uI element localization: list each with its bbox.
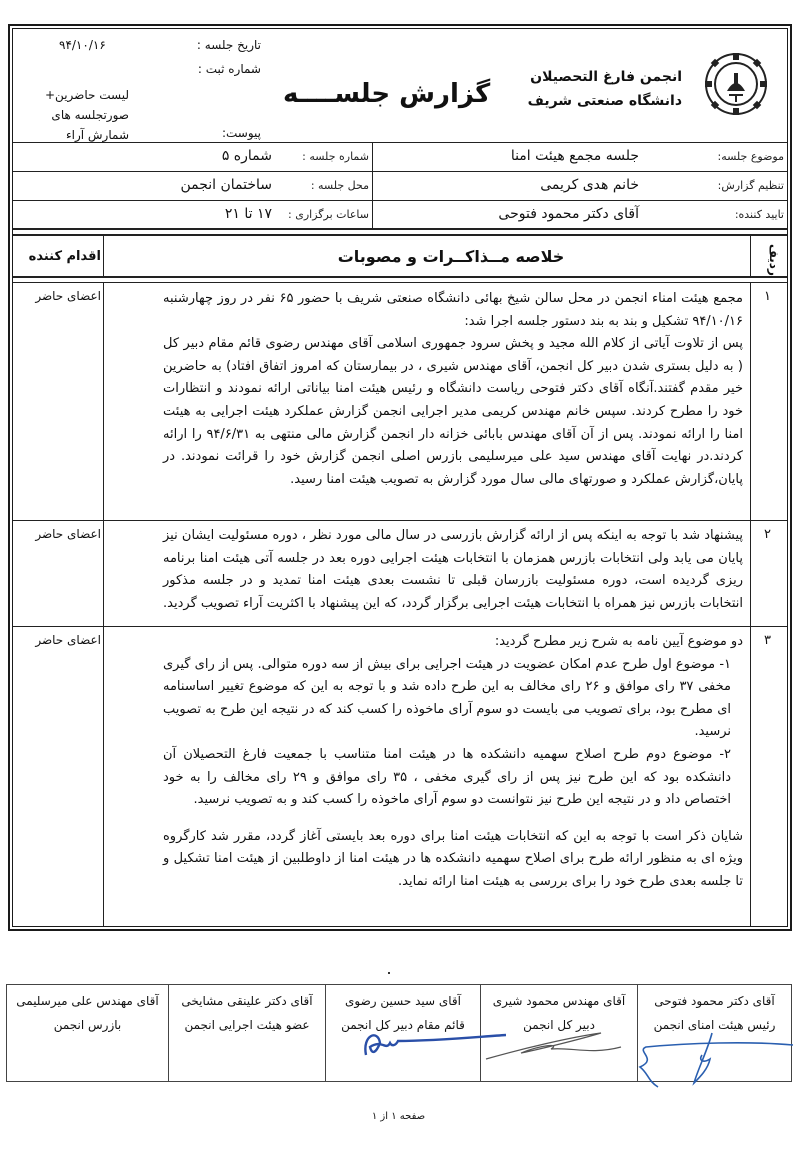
row-summary: مجمع هیئت امناء انجمن در محل سالن شیخ به…	[157, 288, 747, 491]
report-header: انجمن فارغ التحصیلان دانشگاه صنعتی شریف …	[13, 29, 787, 142]
scan-dot	[388, 972, 390, 974]
signer-name: آقای مهندس محمود شیری	[481, 989, 637, 1013]
signature-icon	[326, 1025, 506, 1065]
row-actor: اعضای حاضر	[15, 633, 101, 647]
page-title: گزارش جلســــه	[283, 79, 490, 109]
header-actor: اقدام کننده	[17, 249, 101, 264]
author-value: خانم هدی کریمی	[540, 177, 639, 193]
organization-name: انجمن فارغ التحصیلان دانشگاه صنعتی شریف	[528, 65, 682, 113]
page-number: صفحه ۱ از ۱	[0, 1111, 797, 1122]
time-label: ساعات برگزاری :	[288, 208, 369, 221]
row-intro: دو موضوع آیین نامه به شرح زیر مطرح گردید…	[163, 631, 743, 654]
date-value: ۹۴/۱۰/۱۶	[59, 38, 129, 52]
time-value: ۱۷ تا ۲۱	[225, 206, 272, 222]
number-value: شماره ۵	[222, 148, 272, 164]
signature-cell: آقای مهندس علی میرسلیمی بازرس انجمن	[7, 985, 168, 1081]
signature-cell: آقای دکتر محمود فتوحی رئیس هیئت امنای ان…	[637, 985, 791, 1081]
discussion-table: ردیف خلاصه مــذاکــرات و مصوبات اقدام کن…	[13, 234, 787, 926]
attachment-label: پیوست:	[222, 126, 261, 140]
signer-role: عضو هیئت اجرایی انجمن	[169, 1013, 325, 1037]
date-label: تاریخ جلسه :	[197, 38, 261, 52]
subject-value: جلسه مجمع هیئت امنا	[511, 148, 639, 164]
org-line-2: دانشگاه صنعتی شریف	[528, 89, 682, 113]
info-time: ساعات برگزاری : ۱۷ تا ۲۱	[13, 201, 372, 230]
column-divider	[103, 236, 104, 276]
row-item: ۲- موضوع دوم طرح اصلاح سهمیه دانشکده ها …	[163, 744, 743, 812]
signer-name: آقای دکتر علینقی مشایخی	[169, 989, 325, 1013]
row-paragraph: پیشنهاد شد با توجه به اینکه پس از ارائه …	[163, 525, 743, 615]
column-divider	[750, 236, 751, 276]
signer-name: آقای سید حسین رضوی	[326, 989, 480, 1013]
number-label: شماره جلسه :	[302, 150, 369, 163]
info-column-left: شماره جلسه : شماره ۵ محل جلسه : ساختمان …	[13, 143, 372, 229]
row-paragraph: مجمع هیئت امناء انجمن در محل سالن شیخ به…	[163, 288, 743, 333]
info-place: محل جلسه : ساختمان انجمن	[13, 172, 372, 201]
table-row: ۱ مجمع هیئت امناء انجمن در محل سالن شیخ …	[13, 282, 787, 521]
row-paragraph: پس از تلاوت آیاتی از کلام الله مجید و پخ…	[163, 333, 743, 491]
row-item: ۱- موضوع اول طرح عدم امکان عضویت در هیئت…	[163, 654, 743, 744]
meeting-info-table: موضوع جلسه: جلسه مجمع هیئت امنا تنظیم گز…	[13, 142, 787, 230]
row-actor: اعضای حاضر	[15, 527, 101, 541]
row-number: ۲	[764, 527, 771, 542]
org-line-1: انجمن فارغ التحصیلان	[528, 65, 682, 89]
info-subject: موضوع جلسه: جلسه مجمع هیئت امنا	[372, 143, 787, 172]
row-number: ۱	[764, 289, 771, 304]
row-number: ۳	[764, 633, 771, 648]
attachment-value-2: صورتجلسه های	[51, 108, 129, 122]
table-row: ۲ پیشنهاد شد با توجه به اینکه پس از ارائ…	[13, 521, 787, 627]
discussion-table-header: ردیف خلاصه مــذاکــرات و مصوبات اقدام کن…	[13, 234, 787, 278]
info-approver: تایید کننده: آقای دکتر محمود فتوحی	[372, 201, 787, 230]
info-column-right: موضوع جلسه: جلسه مجمع هیئت امنا تنظیم گز…	[372, 143, 787, 229]
row-summary: دو موضوع آیین نامه به شرح زیر مطرح گردید…	[157, 631, 747, 894]
header-summary: خلاصه مــذاکــرات و مصوبات	[155, 247, 747, 266]
attachment-value-3: شمارش آراء	[66, 128, 129, 142]
approver-label: تایید کننده:	[735, 208, 784, 221]
author-label: تنظیم گزارش:	[718, 179, 784, 192]
sharif-university-logo-icon	[703, 51, 769, 117]
signature-table: آقای دکتر محمود فتوحی رئیس هیئت امنای ان…	[6, 984, 792, 1082]
meeting-meta: تاریخ جلسه : ۹۴/۱۰/۱۶ شماره ثبت : پیوست:…	[41, 38, 261, 148]
subject-label: موضوع جلسه:	[717, 150, 784, 163]
row-summary: پیشنهاد شد با توجه به اینکه پس از ارائه …	[157, 525, 747, 615]
row-closing: شایان ذکر است با توجه به این که انتخابات…	[163, 826, 743, 894]
signature-cell: آقای دکتر علینقی مشایخی عضو هیئت اجرایی …	[168, 985, 325, 1081]
signer-name: آقای مهندس علی میرسلیمی	[7, 989, 168, 1013]
approver-value: آقای دکتر محمود فتوحی	[498, 206, 639, 222]
header-row-number: ردیف	[761, 244, 781, 276]
table-row: ۳ دو موضوع آیین نامه به شرح زیر مطرح گرد…	[13, 627, 787, 926]
signature-icon	[628, 1029, 797, 1089]
signer-name: آقای دکتر محمود فتوحی	[638, 989, 791, 1013]
info-number: شماره جلسه : شماره ۵	[13, 143, 372, 172]
row-actor: اعضای حاضر	[15, 289, 101, 303]
info-column-divider	[372, 143, 373, 229]
place-value: ساختمان انجمن	[180, 177, 272, 193]
signer-role: بازرس انجمن	[7, 1013, 168, 1037]
place-label: محل جلسه :	[311, 179, 369, 192]
registration-label: شماره ثبت :	[198, 62, 261, 76]
attachment-value-1: لیست حاضرین+	[45, 88, 129, 102]
info-author: تنظیم گزارش: خانم هدی کریمی	[372, 172, 787, 201]
signature-cell: آقای سید حسین رضوی قائم مقام دبیر کل انج…	[325, 985, 480, 1081]
